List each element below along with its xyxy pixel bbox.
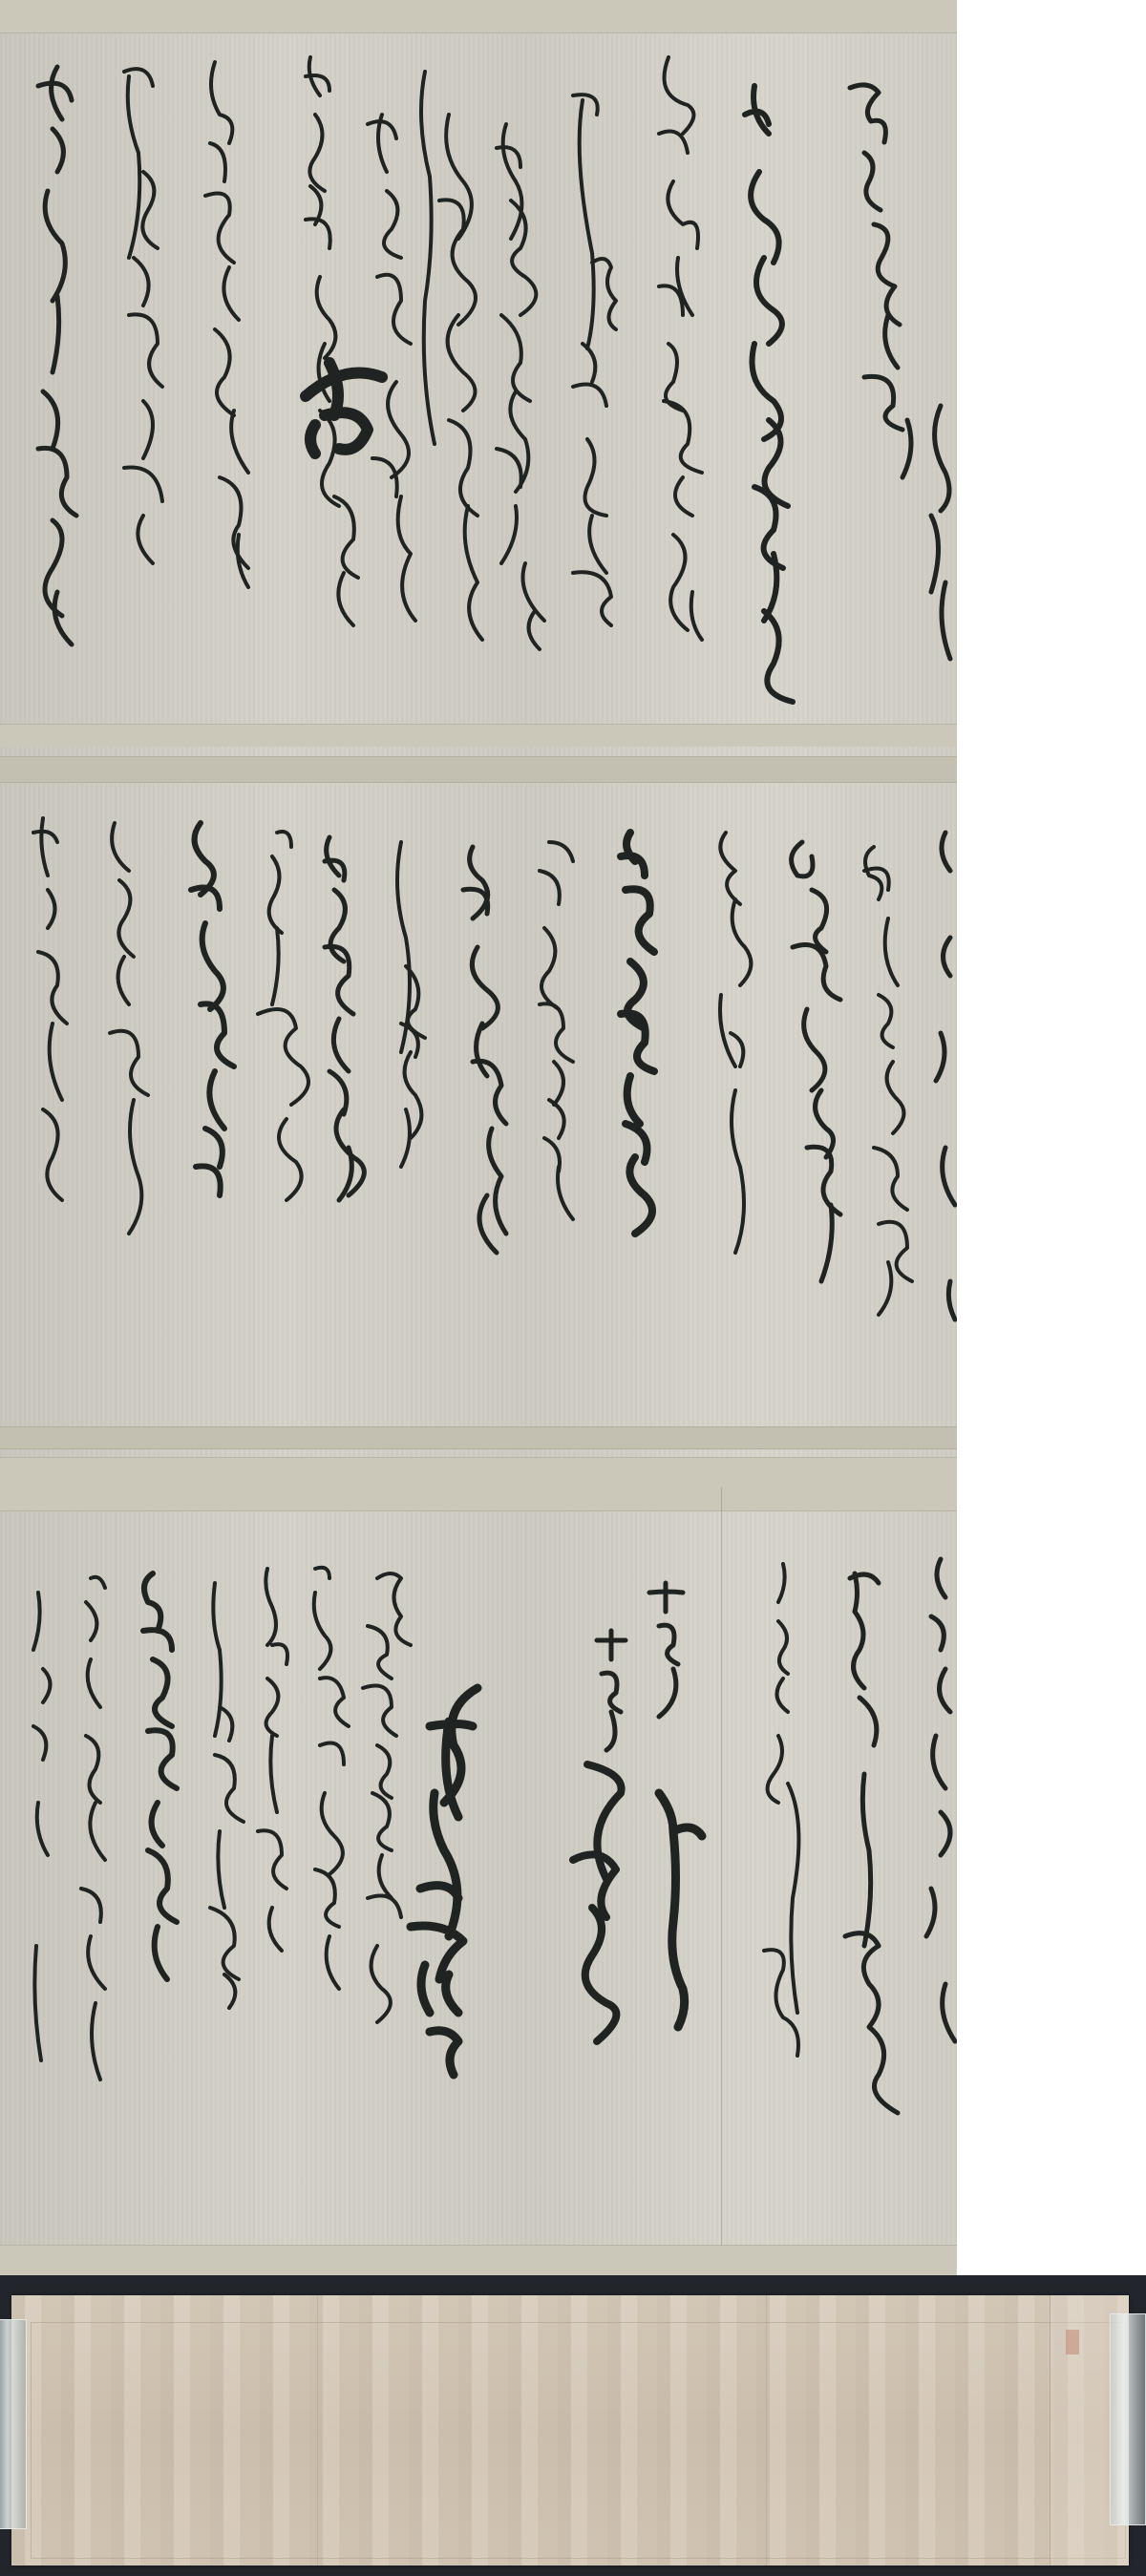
calligraphy-columns	[0, 0, 957, 747]
scroll-inner-border	[31, 2322, 1126, 2559]
mount-border-bottom	[0, 724, 957, 747]
glass-weight-right	[1110, 2313, 1146, 2525]
glass-weight-left	[0, 2319, 27, 2529]
calligraphy-columns	[0, 747, 957, 1488]
scroll-section-3	[0, 1488, 957, 2275]
mount-border-bottom-outer	[0, 1457, 957, 1488]
mount-border-bottom	[0, 2245, 957, 2275]
seal-stamp	[1066, 2330, 1079, 2354]
unrolled-scroll-mount	[11, 2295, 1129, 2565]
mount-border-bottom	[0, 1426, 957, 1449]
scroll-section-1	[0, 0, 957, 747]
panel-seam	[766, 2295, 767, 2565]
mounted-scroll-photo	[0, 2275, 1146, 2576]
panel-seam	[317, 2295, 318, 2565]
scroll-section-2	[0, 747, 957, 1488]
calligraphy-columns	[0, 1488, 957, 2275]
